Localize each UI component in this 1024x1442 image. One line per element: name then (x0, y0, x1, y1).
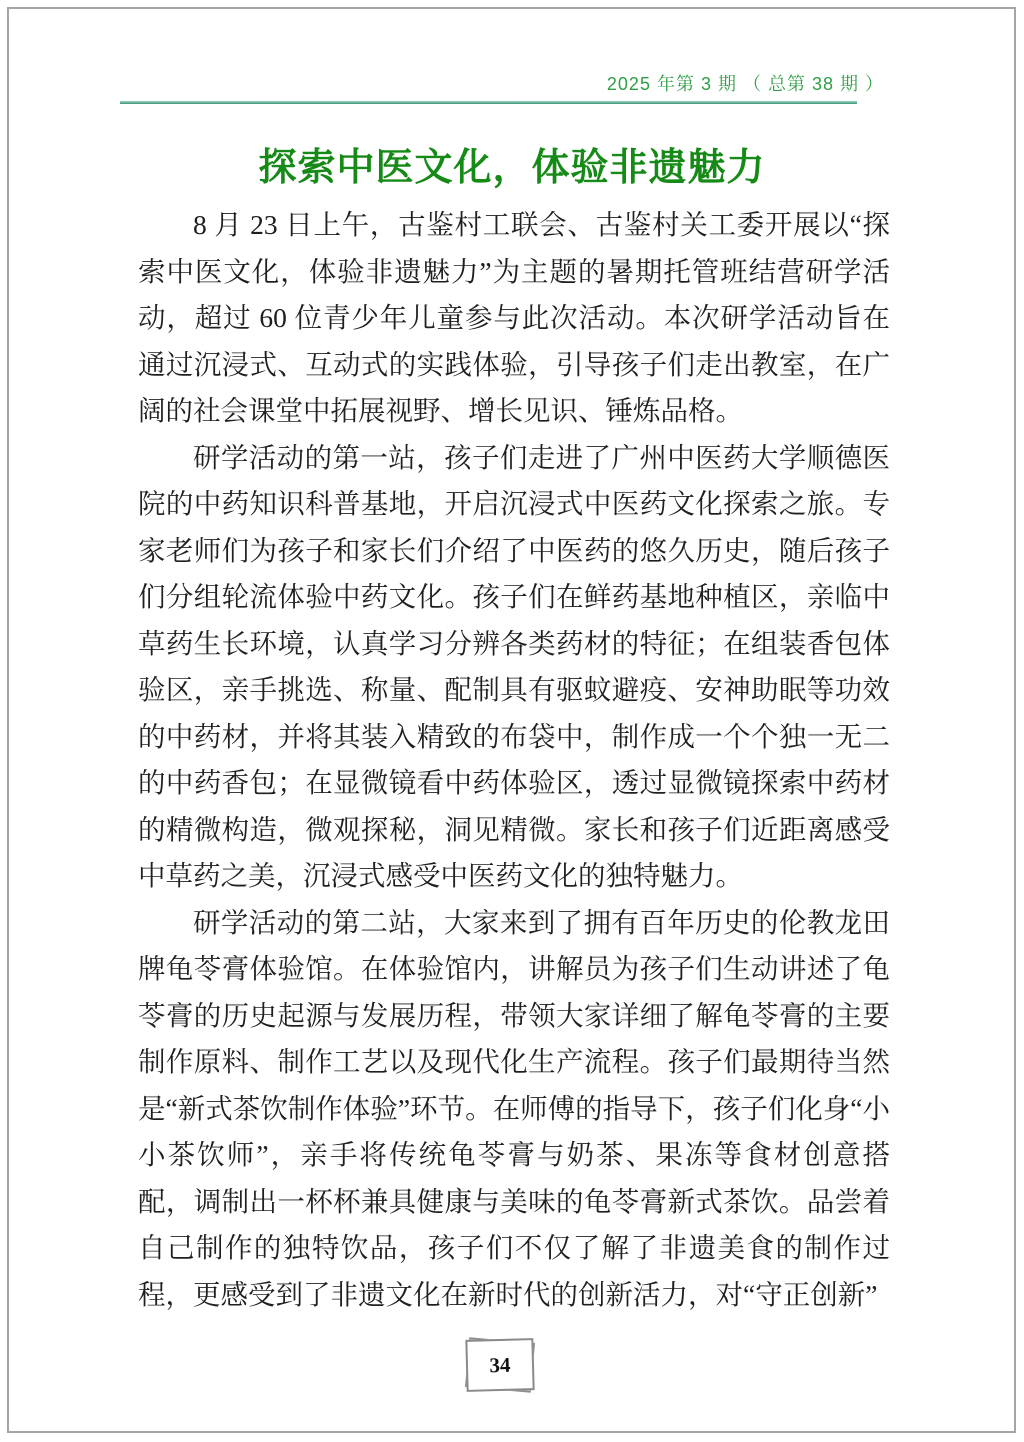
page-number: 34 (489, 1352, 511, 1378)
article-paragraph-3: 研学活动的第二站，大家来到了拥有百年历史的伦教龙田牌龟苓膏体验馆。在体验馆内，讲… (138, 900, 890, 1319)
page-number-badge: 34 (467, 1340, 533, 1390)
article-paragraph-1: 8 月 23 日上午，古鉴村工联会、古鉴村关工委开展以“探索中医文化，体验非遗魅… (138, 202, 890, 435)
issue-number: 2025 年第 3 期 （ 总第 38 期 ） (607, 70, 884, 96)
article-body: 8 月 23 日上午，古鉴村工联会、古鉴村关工委开展以“探索中医文化，体验非遗魅… (138, 202, 890, 1318)
badge-front-sheet: 34 (465, 1338, 534, 1392)
article-paragraph-2: 研学活动的第一站，孩子们走进了广州中医药大学顺德医院的中药知识科普基地，开启沉浸… (138, 435, 890, 900)
article-title: 探索中医文化，体验非遗魅力 (0, 136, 1024, 191)
document-page: 2025 年第 3 期 （ 总第 38 期 ） 探索中医文化，体验非遗魅力 8 … (0, 0, 1024, 1442)
header-rule (120, 101, 857, 104)
